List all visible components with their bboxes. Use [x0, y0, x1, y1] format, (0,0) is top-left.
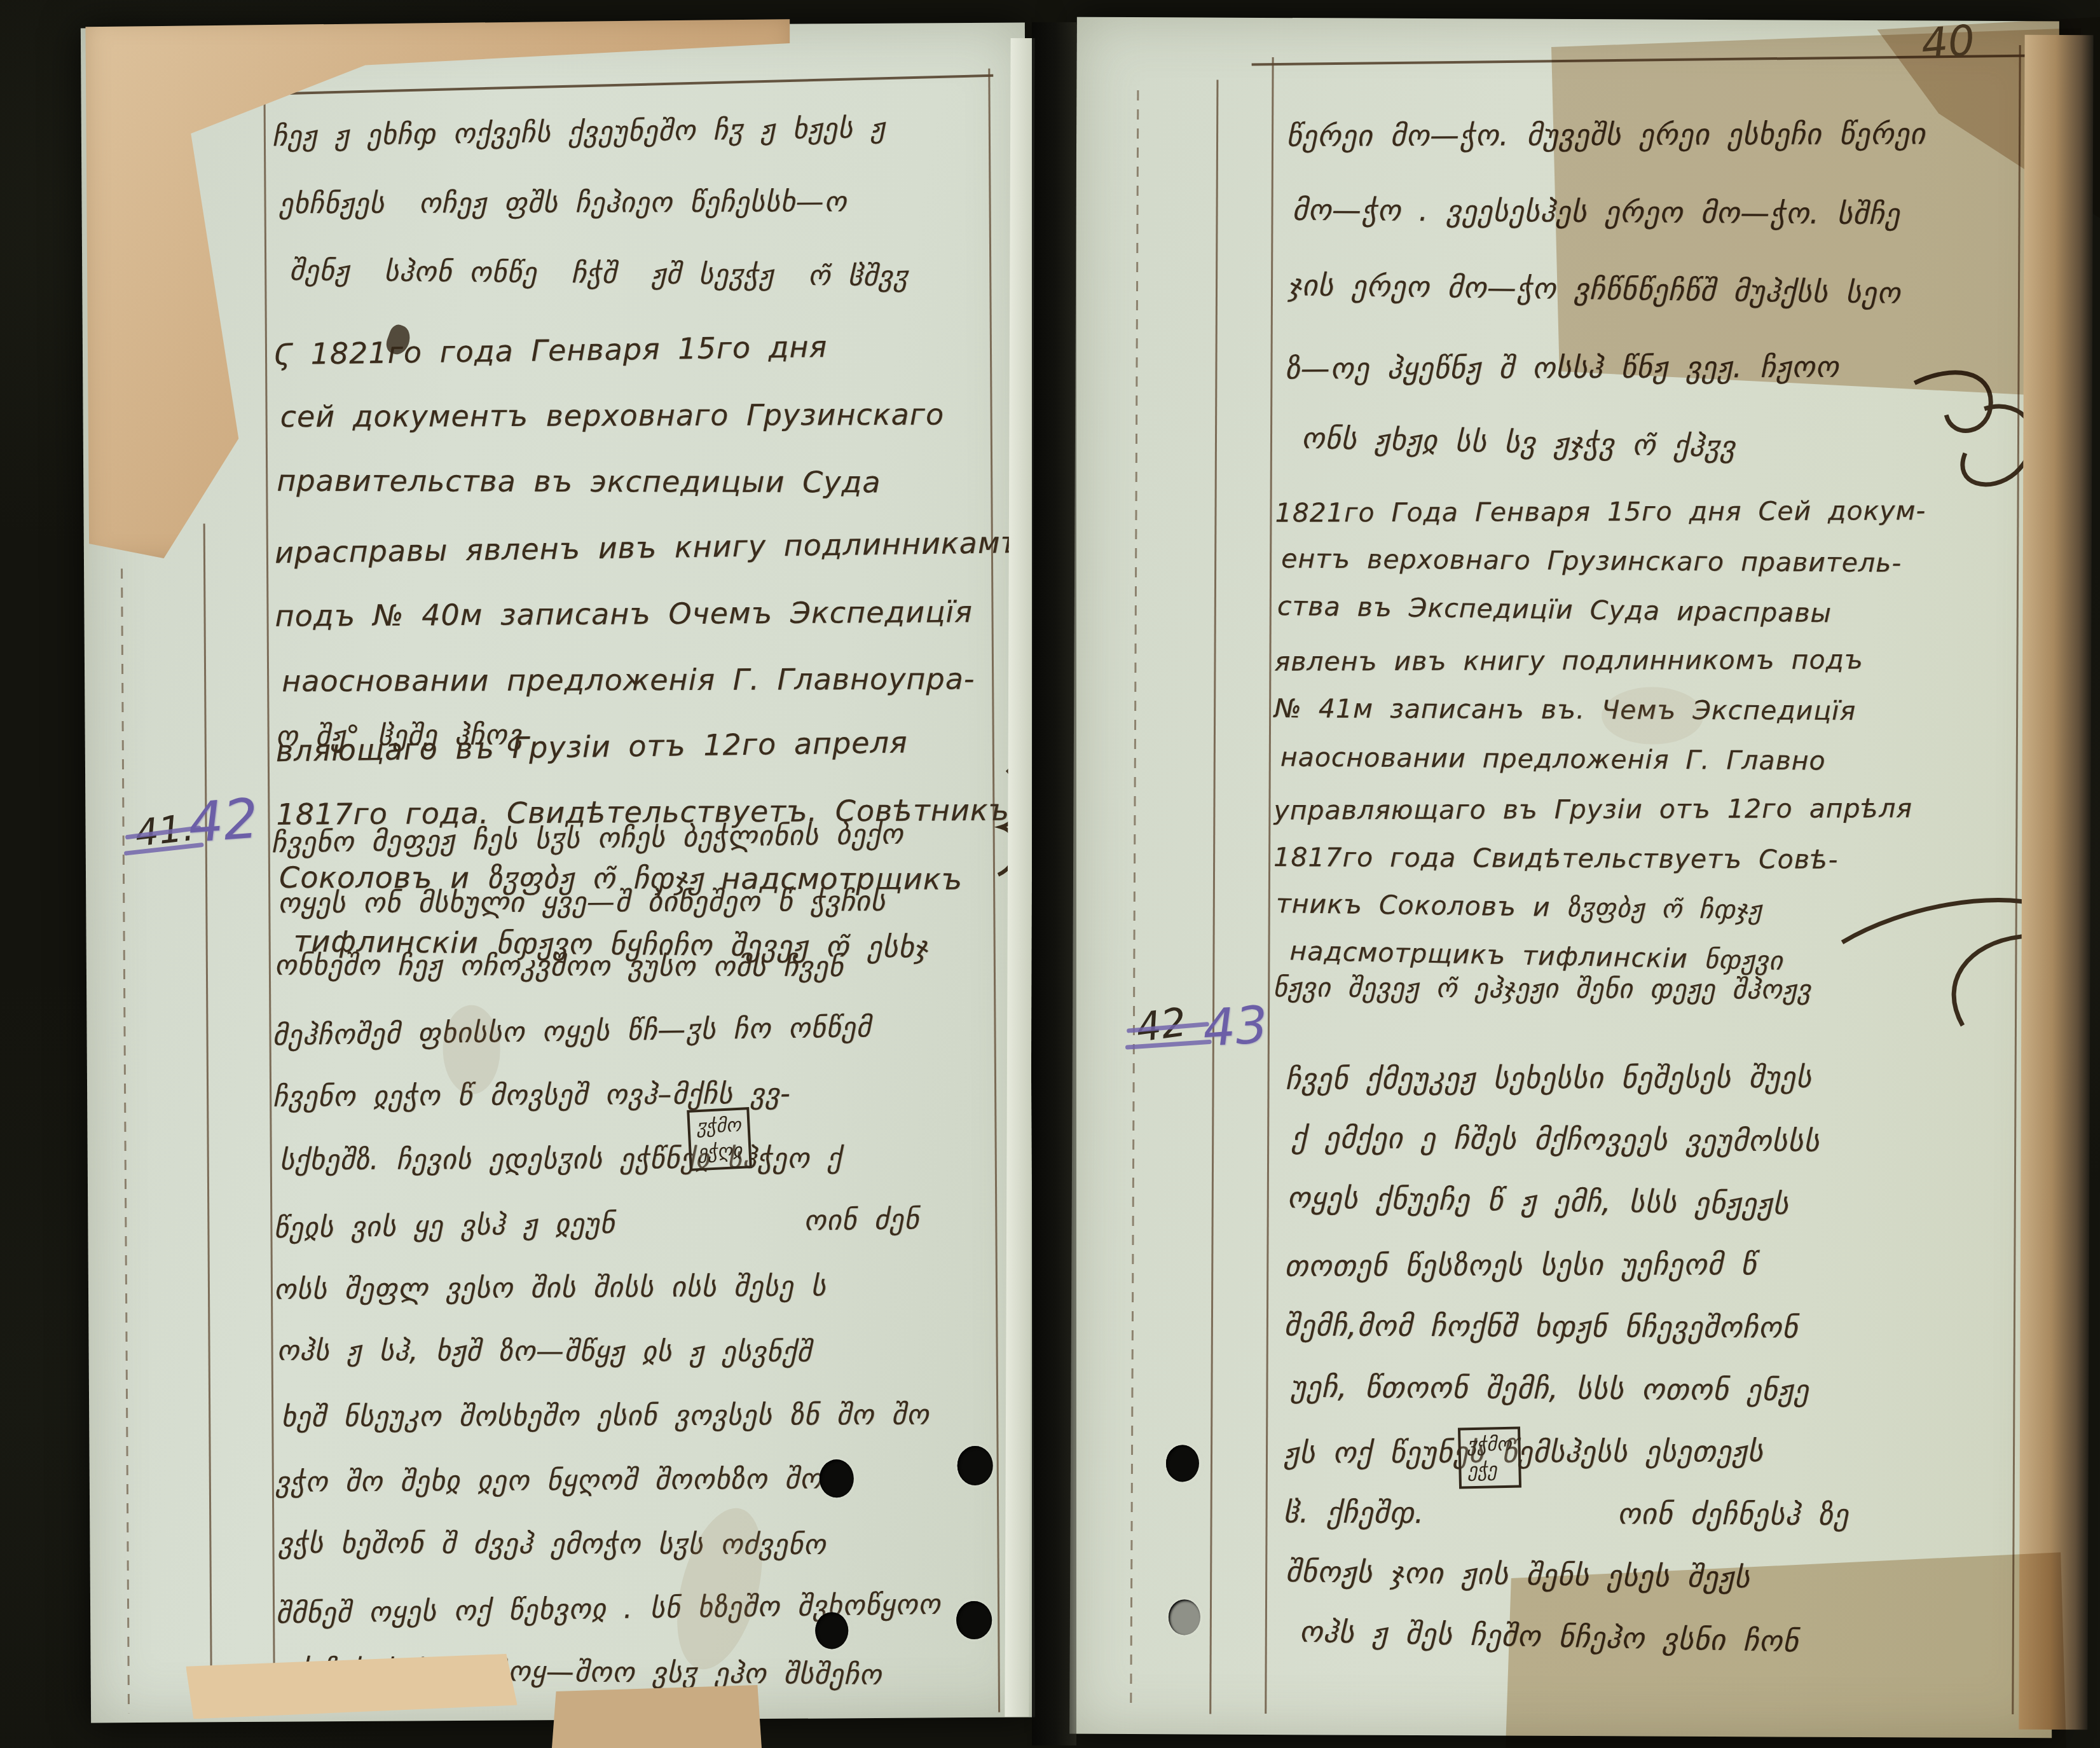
left-margin-ruling-inner	[203, 523, 212, 1712]
manuscript-scan: ჩეჟ ჟ ეხჩჶ ოქვეჩს ქვეუნეშო ჩჳ ჟ ხჟეს ჟეხ…	[0, 0, 2100, 1748]
pen-flourish-icon	[1836, 866, 2046, 1032]
handwriting-line: ოყეს ქნუეჩე წ ჟ ემჩ, სსს ენჟეჟს	[1287, 1166, 2025, 1238]
paper-stain	[443, 1005, 500, 1095]
right-text-border-ruling	[1265, 57, 1273, 1714]
handwriting-line: ოჰს ჟ სჰ, ხჟშ ზო—შწყჟ ჲს ჟ ესვნქშ	[277, 1319, 1008, 1385]
handwriting-line: ვჭს ხეშონ შ ძვეჰ ემოჭო სჳს ოძვენო	[278, 1511, 1009, 1578]
handwriting-line: ჱ. ქჩეშჶ. ოინ ძეჩნესჰ ზე	[1283, 1481, 2021, 1546]
handwriting-line: ოყეს ონ მსხული ყვე—შ ბინეშეო წ ჭვჩის	[278, 869, 1009, 935]
handwriting-line: სქხეშზ. ჩევის ედესჳის ეჭწნქჲ სჰჭეო ქ	[280, 1125, 1011, 1192]
handwriting-line: правительства въ экспедицыи Суда	[277, 448, 998, 516]
right-fore-edge	[2019, 35, 2093, 1730]
handwriting-line: ентъ верховнаго Грузинскаго правитель-	[1281, 534, 2026, 589]
punch-hole	[957, 1446, 993, 1485]
handwriting-line: ирасправы явленъ ивъ книгу подлинникамъ	[274, 509, 996, 586]
handwriting-line: управляющаго въ Грузіи отъ 12го апрѣля	[1273, 783, 2017, 836]
tape-patch-bottom-center	[552, 1684, 762, 1748]
handwriting-line: ქ ემქეი ე ჩშეს მქჩოვეეს ვეუმოსსს	[1291, 1106, 2029, 1174]
left-georgian-transition-line: ო შჟ° ჱეშე ჰჩოჷ	[276, 719, 524, 752]
left-stamp-box: ჳჭმოეჭღჲ	[687, 1107, 752, 1171]
handwriting-line: შემჩ,მომ ჩოქნშ ხჶჟნ ნჩევეშოჩონ	[1284, 1294, 2022, 1359]
right-stamp-box: ჳჭმოეჭე	[1458, 1426, 1521, 1489]
handwriting-line: ეხჩნჟეს ოჩეჟ ფშს ჩეჰიეო წეჩესსხ—ო	[278, 166, 997, 240]
handwriting-line: ვჭო შო შეხჲ ჲეო ნყღოშ შოოხზო შო	[275, 1446, 1007, 1515]
punch-hole	[815, 1612, 848, 1649]
handwriting-line: ოსს შეფლ ვესო შის შისს ისს შესე ს	[274, 1253, 1006, 1322]
stamp-line: ეჭე	[1467, 1457, 1513, 1484]
handwriting-line: Ϛ 1821го года Генваря 15го дня	[273, 311, 995, 387]
punch-hole	[820, 1459, 854, 1497]
handwriting-line: შენჟ სჰონ ონწე ჩჭშ ჟშ სეჳჭჟ ო̃ ჱშვჳ	[289, 235, 1008, 313]
stamp-line: ჳჭმო	[1467, 1432, 1512, 1459]
right-margin-ruling-inner	[1209, 80, 1218, 1714]
handwriting-line: ჩვენ ქმეუკეჟ სეხესსი ნეშესეს შუეს	[1285, 1045, 2022, 1110]
handwriting-line: ხეშ ნსეუკო შოსხეშო ესინ ვოვსეს ზნ შო შო	[281, 1382, 1012, 1449]
handwriting-line: наосновании предложенія Г. Главноупра-	[282, 645, 1003, 714]
handwriting-line: ონხეშო ჩეჟ ოჩოკვშოო ვუსო ომს ჩვენ	[275, 933, 1006, 1000]
tape-patch-bottom-right	[1506, 1548, 2066, 1748]
right-margin-number: 43	[1201, 995, 1270, 1058]
folio-page-number: 40	[1919, 15, 1977, 69]
punch-hole	[1169, 1599, 1200, 1635]
handwriting-line: თოთენ წესზოეს სესი უეჩეომ წ	[1284, 1232, 2022, 1297]
paper-stain	[1602, 687, 1703, 745]
handwriting-line: ства въ Экспедицїи Суда ирасправы	[1277, 581, 2021, 640]
stamp-line: ჳჭმო	[696, 1113, 742, 1140]
handwriting-line: подъ № 40м записанъ Очемъ Экспедицїя	[275, 579, 997, 649]
handwriting-line: ჩეჟ ჟ ეხჩჶ ოქვეჩს ქვეუნეშო ჩჳ ჟ ხჟეს ჟ	[271, 91, 991, 172]
handwriting-line: უეჩ, წთოონ შემჩ, სსს ოთონ ენჟე	[1290, 1356, 2028, 1423]
handwriting-line: ჟს ოქ წეუნეს წემსჰესს ესეთეჟს	[1284, 1419, 2021, 1484]
left-margin-ruling-outer	[121, 568, 130, 1713]
handwriting-line: მეჰჩოშემ ფხისსო ოყეს წჩ—ჳს ჩო ონწემ	[272, 993, 1004, 1068]
right-margin-ruling-outer	[1130, 90, 1139, 1712]
stamp-line: ეჭღჲ	[697, 1138, 743, 1166]
punch-hole	[956, 1601, 992, 1639]
right-georgian-transition-line: ნჟვი შევეჟ ო̃ ეჰჯეჟი შენი ჶეჟე შჰოჟვ	[1273, 972, 1811, 1005]
gutter-shadow	[1032, 22, 1076, 1745]
left-georgian-body: ჩვენო მეფეჟ ჩეს სჳს ოჩეს ბეჭლინის ბექოოყ…	[271, 804, 1008, 1707]
left-margin-number: 42	[186, 787, 261, 855]
punch-hole	[1166, 1445, 1199, 1482]
handwriting-line: ჩვენო მეფეჟ ჩეს სჳს ოჩეს ბეჭლინის ბექო	[271, 801, 1003, 875]
left-page: ჩეჟ ჟ ეხჩჶ ოქვეჩს ქვეუნეშო ჩჳ ჟ ხჟეს ჟეხ…	[81, 22, 1035, 1723]
handwriting-line: явленъ ивъ книгу подлинникомъ подъ	[1274, 635, 2018, 687]
handwriting-line: ჩვენო ჲეჭო წ მოვსეშ ოვჰ–მქჩს ვვ-	[273, 1061, 1005, 1129]
handwriting-line: წეჲს ვის ყე ვსჰ ჟ ჲეუნ ოინ ძენ	[273, 1186, 1005, 1260]
left-georgian-header: ჩეჟ ჟ ეხჩჶ ოქვეჩს ქვეუნეშო ჩჳ ჟ ხჟეს ჟეხ…	[272, 94, 992, 312]
handwriting-line: сей документъ верховнаго Грузинскаго	[280, 381, 1001, 450]
handwriting-line: შმნეშ ოყეს ოქ წეხვოჲ . სნ ხზეშო შვხოწყოო	[275, 1571, 1007, 1646]
